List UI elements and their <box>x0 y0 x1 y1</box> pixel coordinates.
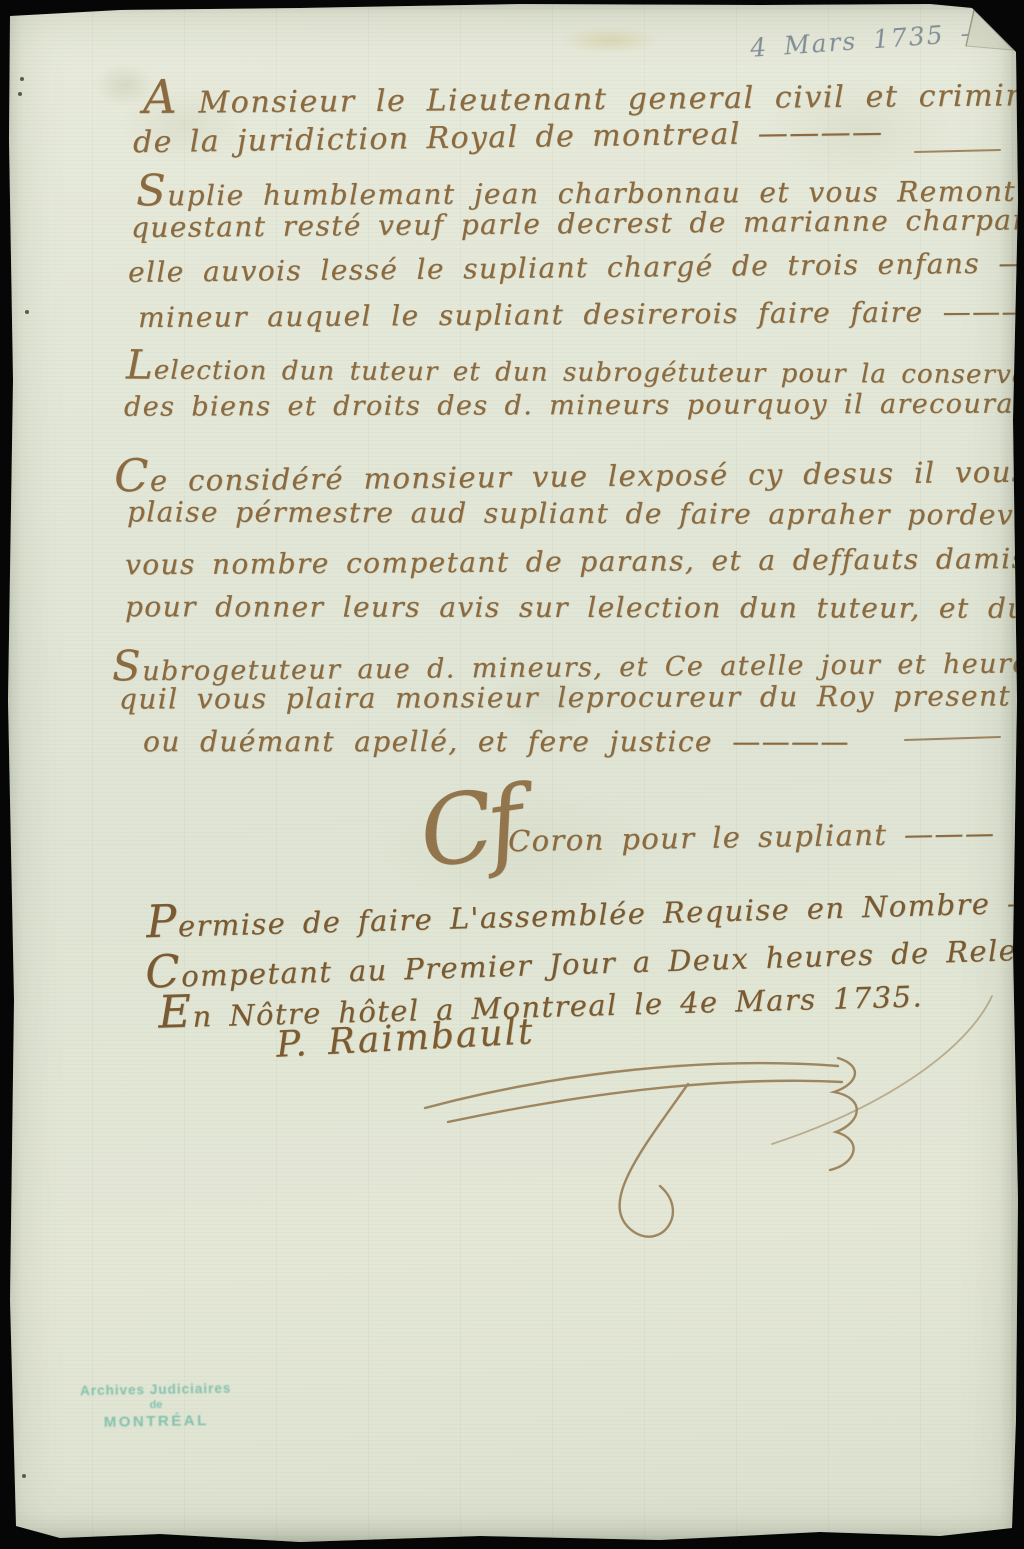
line-body-7: Ce considéré monsieur vue lexposé cy des… <box>114 439 1024 502</box>
archive-stamp: Archives Judiciaires de MONTRÉAL <box>68 1380 245 1431</box>
document-scan: 4 Mars 1735 – A Monsieur le Lieutenant g… <box>0 0 1024 1549</box>
manuscript-sheet: 4 Mars 1735 – A Monsieur le Lieutenant g… <box>0 0 1024 1549</box>
pinhole <box>25 310 29 314</box>
pinhole <box>22 1474 26 1478</box>
line-body-12: quil vous plaira monsieur leprocureur du… <box>119 679 1011 715</box>
line-body-8: plaise pérmestre aud supliant de faire a… <box>127 495 1024 531</box>
pinhole <box>18 92 22 96</box>
line-body-13: ou duémant apellé, et fere justice ———— <box>143 725 850 758</box>
pinhole <box>20 77 24 81</box>
line-body-6: des biens et droits des d. mineurs pourq… <box>124 388 1024 422</box>
archive-stamp-line3: MONTRÉAL <box>68 1411 244 1431</box>
line-body-5: Lelection dun tuteur et dun subrogétuteu… <box>126 341 1024 393</box>
line-body-9: vous nombre competant de parans, et a de… <box>125 542 1024 582</box>
archive-stamp-line2: de <box>68 1397 244 1412</box>
line-address-1: A Monsieur le Lieutenant general civil e… <box>143 62 1024 124</box>
line-body-10: pour donner leurs avis sur lelection dun… <box>125 590 1024 625</box>
archive-stamp-line1: Archives Judiciaires <box>68 1380 244 1398</box>
line-body-4: mineur auquel le supliant desirerois fai… <box>138 295 1024 334</box>
